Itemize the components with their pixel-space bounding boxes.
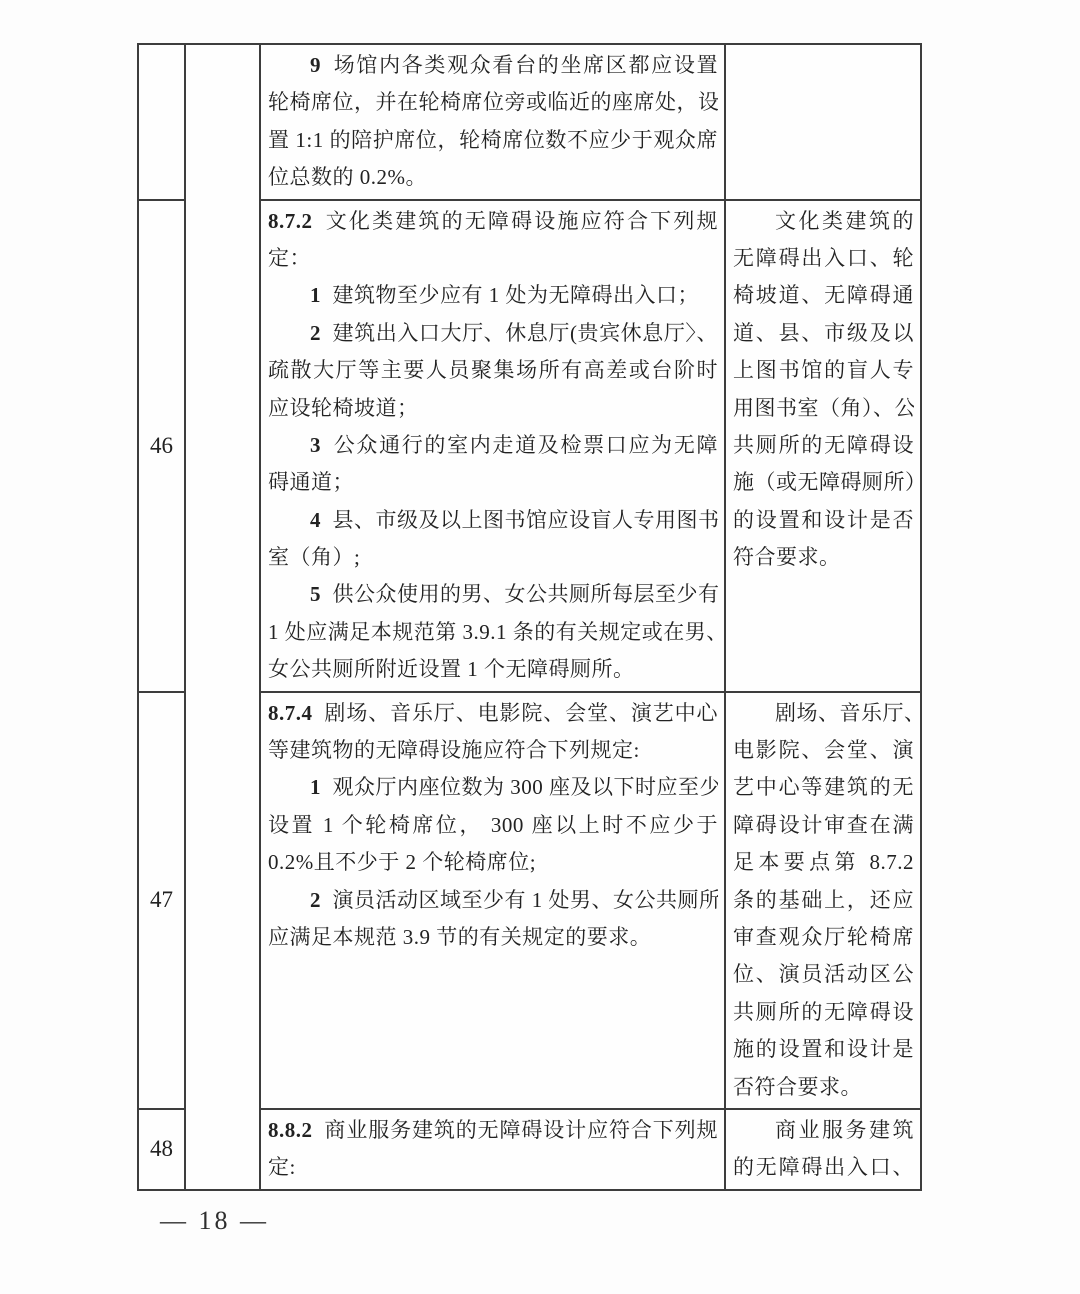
text-line: 碍通道；: [268, 464, 718, 501]
text-line: 障碍设计审查在满: [733, 807, 914, 844]
text-line: 定:: [268, 1149, 718, 1186]
spacer-cell: [184, 45, 261, 1189]
text-line: 5供公众使用的男、女公共厕所每层至少有: [268, 576, 718, 613]
text-line: 应满足本规范 3.9 节的有关规定的要求。: [268, 919, 718, 956]
document-page: 9场馆内各类观众看台的坐席区都应设置轮椅席位，并在轮椅席位旁或临近的座席处，设置…: [0, 0, 1080, 1294]
text-line: 定：: [268, 240, 718, 277]
text-line: 女公共厕所附近设置 1 个无障碍厕所。: [268, 651, 718, 688]
text-line: 施的设置和设计是: [733, 1031, 914, 1068]
note-cell: 剧场、音乐厅、电影院、会堂、演艺中心等建筑的无障碍设计审查在满足本要点第 8.7…: [724, 693, 920, 1110]
text-line: 9场馆内各类观众看台的坐席区都应设置: [268, 47, 718, 84]
text-line: 疏散大厅等主要人员聚集场所有高差或台阶时: [268, 352, 718, 389]
text-line: 的设置和设计是否: [733, 502, 914, 539]
seq-cell: 47: [139, 693, 184, 1110]
text-line: 商业服务建筑: [733, 1112, 914, 1149]
text-line: 4县、市级及以上图书馆应设盲人专用图书: [268, 502, 718, 539]
text-line: 置 1:1 的陪护席位，轮椅席位数不应少于观众席: [268, 122, 718, 159]
text-line: 位、演员活动区公: [733, 956, 914, 993]
text-line: 上图书馆的盲人专: [733, 352, 914, 389]
text-line: 0.2%且不少于 2 个轮椅席位;: [268, 844, 718, 881]
text-line: 足本要点第 8.7.2: [733, 844, 914, 881]
text-line: 共厕所的无障碍设: [733, 427, 914, 464]
text-line: 否符合要求。: [733, 1069, 914, 1106]
text-line: 1建筑物至少应有 1 处为无障碍出入口；: [268, 277, 718, 314]
text-line: 3公众通行的室内走道及检票口应为无障: [268, 427, 718, 464]
seq-cell: 46: [139, 201, 184, 693]
text-line: 电影院、会堂、演: [733, 732, 914, 769]
main-cell: 9场馆内各类观众看台的坐席区都应设置轮椅席位，并在轮椅席位旁或临近的座席处，设置…: [261, 45, 724, 201]
text-line: 轮椅席位，并在轮椅席位旁或临近的座席处，设: [268, 84, 718, 121]
text-line: 文化类建筑的: [733, 203, 914, 240]
text-line: 条的基础上，还应: [733, 882, 914, 919]
text-line: 1 处应满足本规范第 3.9.1 条的有关规定或在男、: [268, 614, 718, 651]
text-line: 2演员活动区域至少有 1 处男、女公共厕所: [268, 882, 718, 919]
text-line: 椅坡道、无障碍通: [733, 277, 914, 314]
text-line: 设置 1 个轮椅席位， 300 座以上时不应少于: [268, 807, 718, 844]
page-number: — 18 —: [160, 1206, 269, 1236]
text-line: 艺中心等建筑的无: [733, 769, 914, 806]
main-cell: 8.8.2商业服务建筑的无障碍设计应符合下列规定:: [261, 1110, 724, 1189]
text-line: 1观众厅内座位数为 300 座及以下时应至少: [268, 769, 718, 806]
main-cell: 8.7.4剧场、音乐厅、电影院、会堂、演艺中心等建筑物的无障碍设施应符合下列规定…: [261, 693, 724, 1110]
text-line: 审查观众厅轮椅席: [733, 919, 914, 956]
seq-cell: [139, 45, 184, 201]
text-line: 符合要求。: [733, 539, 914, 576]
text-line: 的无障碍出入口、: [733, 1149, 914, 1186]
text-line: 剧场、音乐厅、: [733, 695, 914, 732]
text-line: 位总数的 0.2%。: [268, 159, 718, 196]
text-line: 8.7.2文化类建筑的无障碍设施应符合下列规: [268, 203, 718, 240]
text-line: 道、县、市级及以: [733, 315, 914, 352]
note-cell: 商业服务建筑的无障碍出入口、: [724, 1110, 920, 1189]
review-table: 9场馆内各类观众看台的坐席区都应设置轮椅席位，并在轮椅席位旁或临近的座席处，设置…: [137, 43, 922, 1191]
text-line: 等建筑物的无障碍设施应符合下列规定:: [268, 732, 718, 769]
note-cell: 文化类建筑的无障碍出入口、轮椅坡道、无障碍通道、县、市级及以上图书馆的盲人专用图…: [724, 201, 920, 693]
text-line: 8.7.4剧场、音乐厅、电影院、会堂、演艺中心: [268, 695, 718, 732]
text-line: 无障碍出入口、轮: [733, 240, 914, 277]
text-line: 2建筑出入口大厅、休息厅(贵宾休息厅〉、: [268, 315, 718, 352]
text-line: 室（角）;: [268, 539, 718, 576]
note-cell: [724, 45, 920, 201]
text-line: 8.8.2商业服务建筑的无障碍设计应符合下列规: [268, 1112, 718, 1149]
main-cell: 8.7.2文化类建筑的无障碍设施应符合下列规定：1建筑物至少应有 1 处为无障碍…: [261, 201, 724, 693]
text-line: 应设轮椅坡道；: [268, 390, 718, 427]
seq-cell: 48: [139, 1110, 184, 1189]
text-line: 施（或无障碍厕所）: [733, 464, 914, 501]
text-line: 用图书室（角）、公: [733, 390, 914, 427]
text-line: 共厕所的无障碍设: [733, 994, 914, 1031]
